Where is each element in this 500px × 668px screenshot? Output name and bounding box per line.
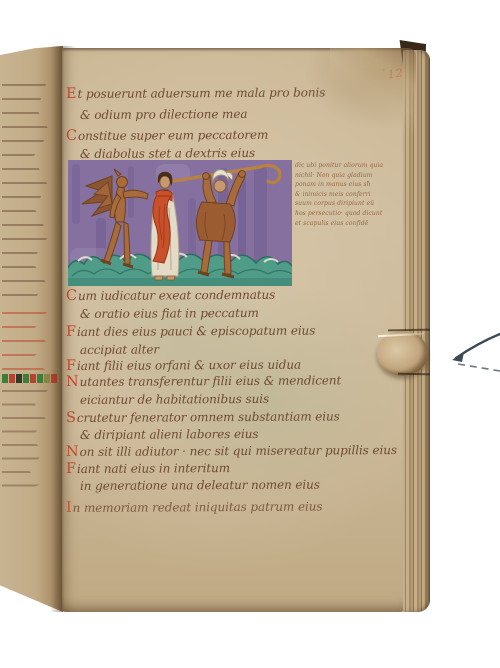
- verse-line: Fiant filii eius orfani & uxor eius uidu…: [66, 357, 406, 373]
- page-tab: [377, 331, 428, 376]
- verse-text: eiciantur de habitationibus suis: [80, 392, 269, 407]
- verse-line: & diabolus stet a dextris eius: [66, 145, 419, 161]
- gloss-line: hos persecutio· quod dicunt: [295, 209, 375, 219]
- marginal-gloss: dic ubi ponitur aliorum quia nichil· Non…: [295, 161, 375, 228]
- verse-line: Et posuerunt aduersum me mala pro bonis: [66, 85, 406, 101]
- verse-text: & oratio eius fiat in peccatum: [80, 306, 259, 321]
- verse-text: iant dies eius pauci & episcopatum eius: [77, 324, 315, 339]
- gloss-line: suum corpus diripiunt eū: [295, 199, 375, 209]
- verse-text: accipiat alter: [80, 343, 159, 357]
- verse-initial: S: [66, 410, 76, 426]
- verse-text: & diripiant alieni labores eius: [80, 427, 258, 442]
- verse-initial: I: [66, 500, 72, 516]
- verse-line: Fiant nati eius in interitum: [66, 460, 406, 476]
- verse-line: in generatione una deleatur nomen eius: [66, 477, 419, 493]
- verse-line: & odium pro dilectione mea: [66, 106, 419, 122]
- verse-text: utantes transferentur filii eius & mendi…: [80, 373, 342, 389]
- verse-line: Fiant dies eius pauci & episcopatum eius: [66, 323, 406, 339]
- verse-text: & odium pro dilectione mea: [80, 107, 247, 122]
- gloss-line: et scapulis eius confidē: [295, 219, 375, 229]
- verse-text: iant filii eius orfani & uxor eius uidua: [77, 358, 301, 373]
- gloss-line: ponam in manus eius sħ: [295, 180, 375, 190]
- verse-initial: N: [66, 444, 79, 460]
- left-page-red-text-fragments: [2, 312, 52, 370]
- verse-line: In memoriam redeat iniquitas patrum eius: [66, 499, 406, 515]
- verse-line: & oratio eius fiat in peccatum: [66, 305, 419, 321]
- verse-text: & diabolus stet a dextris eius: [80, 146, 255, 161]
- verse-initial: F: [66, 461, 76, 477]
- verse-line: Cum iudicatur exeat condemnatus: [66, 287, 406, 303]
- right-page: ʼ126 Et posuerunt aduersum me mala pro b…: [62, 48, 410, 612]
- verse-initial: N: [66, 374, 79, 390]
- verse-text: t posuerunt aduersum me mala pro bonis: [77, 85, 325, 101]
- verse-line: accipiat alter: [66, 341, 419, 357]
- verse-initial: F: [66, 324, 76, 340]
- verse-text: onstitue super eum peccatorem: [78, 128, 268, 143]
- verse-initial: E: [66, 86, 77, 102]
- verse-text: iant nati eius in interitum: [77, 461, 230, 476]
- gloss-line: nichil· Non quia gladium: [295, 171, 375, 181]
- verse-initial: C: [66, 288, 77, 304]
- gloss-line: & inimicis meis conferri: [295, 190, 375, 200]
- verse-text: n memoriam redeat iniquitas patrum eius: [73, 499, 323, 515]
- left-page-text-fragments: [2, 84, 52, 300]
- decorated-band: [2, 374, 57, 383]
- verse-initial: F: [66, 358, 76, 374]
- verse-line: & diripiant alieni labores eius: [66, 426, 419, 442]
- verse-line: Non sit illi adiutor · nec sit qui miser…: [66, 443, 406, 459]
- verse-text: crutetur fenerator omnem substantiam eiu…: [77, 409, 340, 425]
- miniature: [68, 160, 292, 286]
- verse-text: on sit illi adiutor · nec sit qui misere…: [80, 443, 397, 459]
- left-page-lower-text-fragments: [2, 390, 52, 492]
- verse-line: Scrutetur fenerator omnem substantiam ei…: [66, 409, 406, 425]
- verse-text: in generatione una deleatur nomen eius: [80, 478, 320, 493]
- verse-line: Constitue super eum peccatorem: [66, 127, 406, 143]
- gloss-line: dic ubi ponitur aliorum quia: [295, 161, 375, 171]
- verse-initial: C: [66, 128, 77, 144]
- verse-text: um iudicatur exeat condemnatus: [78, 288, 275, 303]
- verse-line: Nutantes transferentur filii eius & mend…: [66, 373, 406, 389]
- manuscript-photo: ʼ126 Et posuerunt aduersum me mala pro b…: [0, 0, 500, 668]
- verse-line: eiciantur de habitationibus suis: [66, 391, 419, 407]
